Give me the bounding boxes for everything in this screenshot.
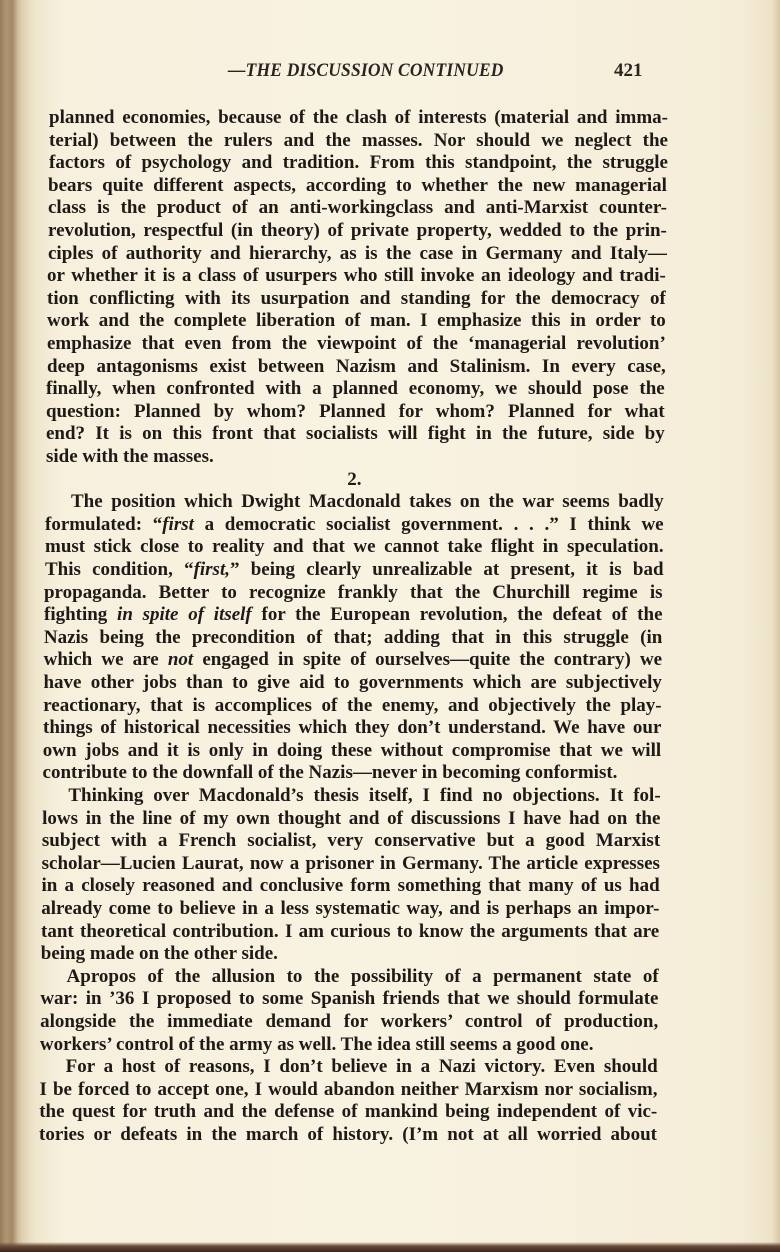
text-run: question: Planned by whom? Planned for w… xyxy=(46,401,665,422)
text-line: Nazis being the precondition of that; ad… xyxy=(44,627,662,649)
italic-emphasis: not xyxy=(168,649,193,670)
text-run: Thinking over Macdonald’s thesis itself,… xyxy=(68,785,660,806)
text-run: reactionary, that is accomplices of the … xyxy=(43,695,661,716)
text-line: subject with a French socialist, very co… xyxy=(42,830,660,852)
text-line: class is the product of an anti-workingc… xyxy=(48,197,667,219)
text-line: Thinking over Macdonald’s thesis itself,… xyxy=(42,785,660,807)
text-line: ciples of authority and hierarchy, as is… xyxy=(48,243,667,265)
text-run: Apropos of the allusion to the possibili… xyxy=(67,966,659,987)
text-run: already come to believe in a less system… xyxy=(41,898,659,919)
text-run: alongside the immediate demand for worke… xyxy=(40,1011,658,1032)
text-line: own jobs and it is only in doing these w… xyxy=(43,740,661,762)
text-run: The position which Dwight Macdonald take… xyxy=(71,491,664,512)
text-run: which we are xyxy=(44,649,168,670)
text-line: workers’ control of the army as well. Th… xyxy=(40,1034,658,1056)
text-line: fighting in spite of itself for the Euro… xyxy=(44,604,663,626)
text-run: in a closely reasoned and conclusive for… xyxy=(41,875,659,896)
page-number: 421 xyxy=(614,60,643,82)
section-number: 2. xyxy=(45,469,664,491)
text-run: formulated: “ xyxy=(45,514,162,535)
text-run: fighting xyxy=(44,604,117,625)
text-line: scholar—Lucien Laurat, now a prisoner in… xyxy=(42,853,660,875)
italic-emphasis: first, xyxy=(193,559,229,580)
text-run: workers’ control of the army as well. Th… xyxy=(40,1034,594,1055)
book-page: —THE DISCUSSION CONTINUED 421 planned ec… xyxy=(0,0,780,1252)
text-run: deep antagonisms exist between Nazism an… xyxy=(47,356,666,377)
text-line: alongside the immediate demand for worke… xyxy=(40,1011,658,1033)
text-line: side with the masses. xyxy=(46,446,665,468)
text-run: have other jobs than to give aid to gove… xyxy=(43,672,661,693)
text-run: things of historical necessities which t… xyxy=(43,717,661,738)
text-line: the quest for truth and the defense of m… xyxy=(39,1101,657,1123)
running-head-title: —THE DISCUSSION CONTINUED xyxy=(228,60,504,82)
text-line: end? It is on this front that socialists… xyxy=(46,423,665,445)
text-line: which we are not engaged in spite of our… xyxy=(44,649,662,671)
text-run: tories or defeats in the march of histor… xyxy=(39,1124,657,1145)
text-line: must stick close to reality and that we … xyxy=(45,536,664,558)
text-run: planned economies, because of the clash … xyxy=(49,107,668,128)
text-run: revolution, respectful (in theory) of pr… xyxy=(48,220,667,241)
text-line: already come to believe in a less system… xyxy=(41,898,659,920)
text-line: have other jobs than to give aid to gove… xyxy=(43,672,661,694)
text-run: own jobs and it is only in doing these w… xyxy=(43,740,661,761)
text-run: Nazis being the precondition of that; ad… xyxy=(44,627,662,648)
text-run: finally, when confronted with a planned … xyxy=(46,378,665,399)
text-line: I be forced to accept one, I would aband… xyxy=(39,1079,657,1101)
text-run: work and the complete liberation of man.… xyxy=(47,310,666,331)
text-line: The position which Dwight Macdonald take… xyxy=(45,491,664,513)
text-run: side with the masses. xyxy=(46,446,214,467)
text-run: war: in ’36 I proposed to some Spanish f… xyxy=(40,988,658,1009)
text-line: in a closely reasoned and conclusive for… xyxy=(41,875,659,897)
text-line: war: in ’36 I proposed to some Spanish f… xyxy=(40,988,658,1010)
text-line: Apropos of the allusion to the possibili… xyxy=(41,966,659,988)
text-run: bears quite different aspects, according… xyxy=(48,175,667,196)
text-run: This condition, “ xyxy=(45,559,194,580)
text-line: formulated: “first a democratic socialis… xyxy=(45,514,664,536)
text-line: factors of psychology and tradition. Fro… xyxy=(49,152,668,174)
text-run: class is the product of an anti-workingc… xyxy=(48,197,667,218)
text-line: emphasize that even from the viewpoint o… xyxy=(47,333,666,355)
text-run: engaged in spite of ourselves—quite the … xyxy=(193,649,662,670)
text-run: terial) between the rulers and the masse… xyxy=(49,130,668,151)
text-line: contribute to the downfall of the Nazis—… xyxy=(43,762,661,784)
text-line: or whether it is a class of usurpers who… xyxy=(47,265,666,287)
text-run: end? It is on this front that socialists… xyxy=(46,423,665,444)
text-line: question: Planned by whom? Planned for w… xyxy=(46,401,665,423)
text-run: subject with a French socialist, very co… xyxy=(42,830,660,851)
text-run: ciples of authority and hierarchy, as is… xyxy=(48,243,667,264)
text-line: things of historical necessities which t… xyxy=(43,717,661,739)
text-line: being made on the other side. xyxy=(41,943,659,965)
text-run: tant theoretical contribution. I am curi… xyxy=(41,921,659,942)
text-line: tories or defeats in the march of histor… xyxy=(39,1124,657,1146)
text-run: lows in the line of my own thought and o… xyxy=(42,808,660,829)
text-line: finally, when confronted with a planned … xyxy=(46,378,665,400)
text-run: For a host of reasons, I don’t believe i… xyxy=(66,1056,658,1077)
italic-emphasis: first xyxy=(162,514,194,535)
text-run: a democratic socialist government. . . .… xyxy=(194,514,664,535)
text-line: propaganda. Better to recognize frankly … xyxy=(44,582,663,604)
text-run: tion conflicting with its usurpation and… xyxy=(47,288,666,309)
text-line: For a host of reasons, I don’t believe i… xyxy=(40,1056,658,1078)
text-run: must stick close to reality and that we … xyxy=(45,536,664,557)
text-run: or whether it is a class of usurpers who… xyxy=(47,265,666,286)
text-run: factors of psychology and tradition. Fro… xyxy=(49,152,668,173)
text-line: planned economies, because of the clash … xyxy=(49,107,668,129)
text-line: deep antagonisms exist between Nazism an… xyxy=(47,356,666,378)
text-line: lows in the line of my own thought and o… xyxy=(42,808,660,830)
text-line: This condition, “first,” being clearly u… xyxy=(45,559,664,581)
text-run: contribute to the downfall of the Nazis—… xyxy=(43,762,618,783)
text-line: work and the complete liberation of man.… xyxy=(47,310,666,332)
text-run: 2. xyxy=(348,469,362,490)
book-binding-shadow xyxy=(0,0,22,1252)
italic-emphasis: in spite of itself xyxy=(117,604,252,625)
text-run: being made on the other side. xyxy=(41,943,278,964)
text-run: I be forced to accept one, I would aband… xyxy=(39,1079,657,1100)
text-line: tion conflicting with its usurpation and… xyxy=(47,288,666,310)
text-run: emphasize that even from the viewpoint o… xyxy=(47,333,666,354)
text-line: tant theoretical contribution. I am curi… xyxy=(41,921,659,943)
page-bottom-edge xyxy=(0,1242,780,1252)
text-run: for the European revolution, the defeat … xyxy=(252,604,663,625)
text-line: terial) between the rulers and the masse… xyxy=(49,130,668,152)
text-run: scholar—Lucien Laurat, now a prisoner in… xyxy=(42,853,660,874)
text-run: ” being clearly unrealizable at present,… xyxy=(230,559,664,580)
text-line: reactionary, that is accomplices of the … xyxy=(43,695,661,717)
text-run: propaganda. Better to recognize frankly … xyxy=(44,582,663,603)
text-run: the quest for truth and the defense of m… xyxy=(39,1101,657,1122)
text-line: revolution, respectful (in theory) of pr… xyxy=(48,220,667,242)
text-line: bears quite different aspects, according… xyxy=(48,175,667,197)
